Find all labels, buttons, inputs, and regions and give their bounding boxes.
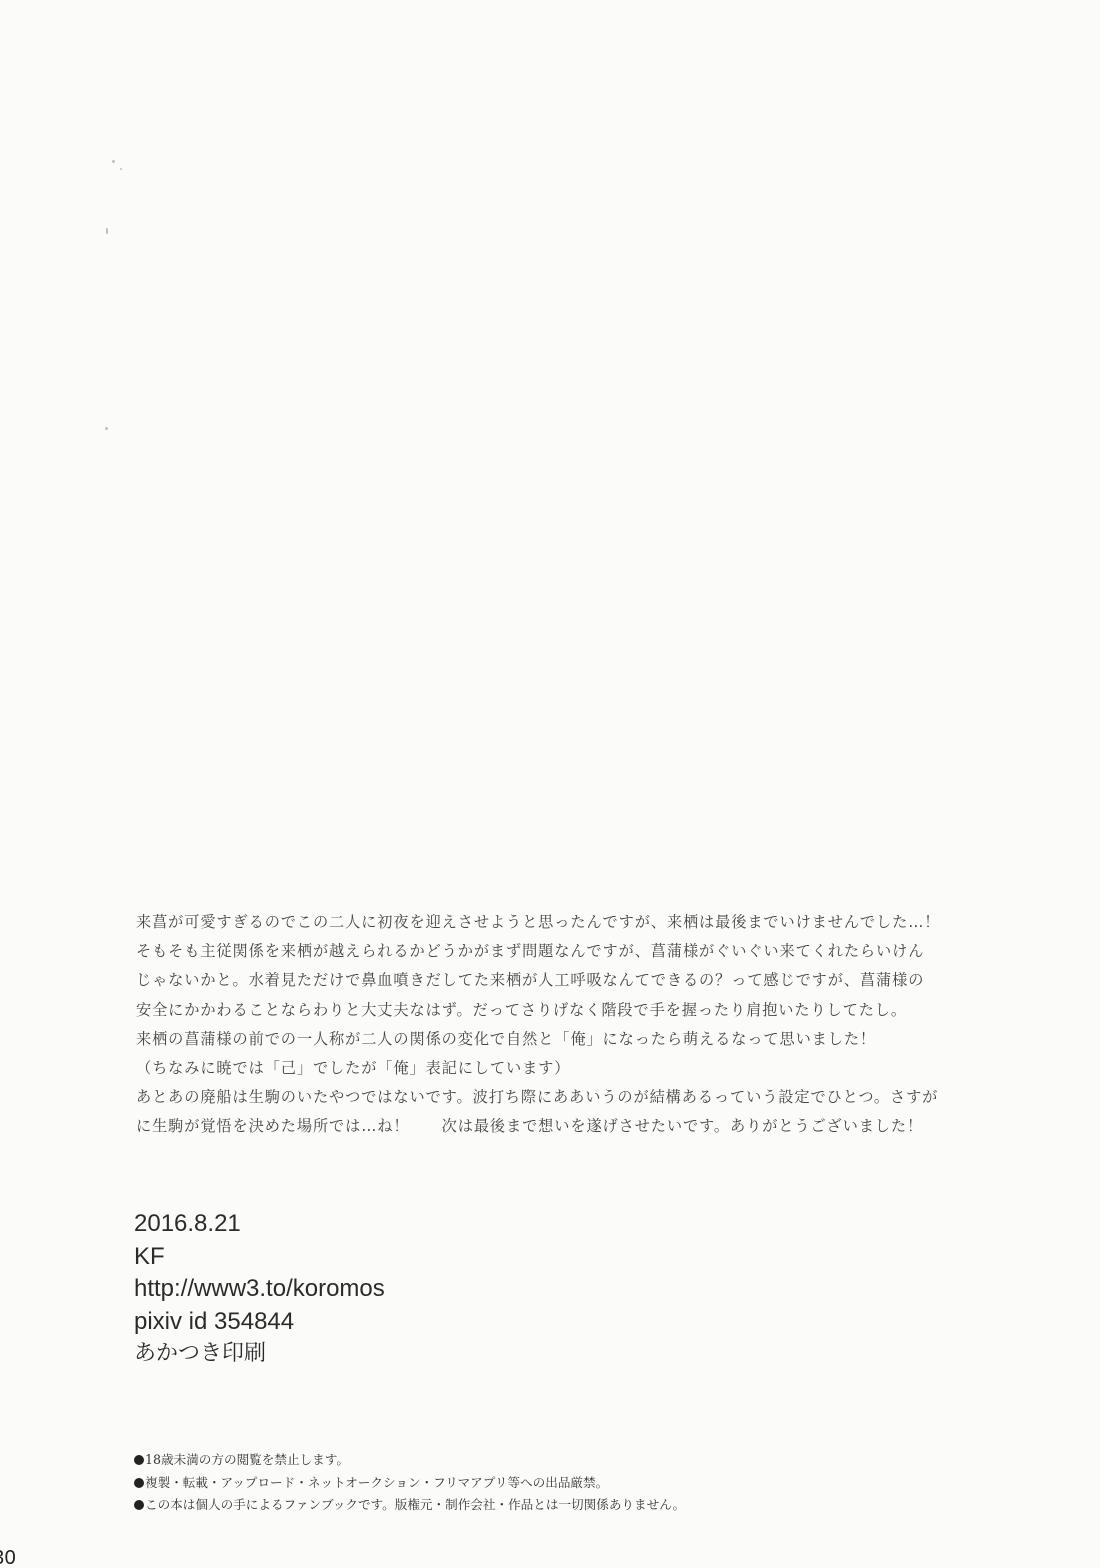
- website-url: http://www3.to/koromos: [134, 1273, 385, 1306]
- circle-name: KF: [134, 1241, 385, 1274]
- notice-text: 18歳未満の方の閲覧を禁止します。: [145, 1449, 349, 1472]
- scan-speck: [105, 427, 108, 430]
- afterword-line: 安全にかかわることならわりと大丈夫なはず。だってさりげなく階段で手を握ったり肩抱…: [136, 996, 936, 1025]
- colophon: 2016.8.21 KF http://www3.to/koromos pixi…: [134, 1208, 385, 1371]
- afterword-line: （ちなみに暁では「己」でしたが「俺」表記にしています）: [136, 1054, 936, 1083]
- notice-text: 複製・転載・アップロード・ネットオークション・フリマアプリ等への出品厳禁。: [145, 1472, 608, 1495]
- afterword-line: そもそも主従関係を来栖が越えられるかどうかがまず問題なんですが、菖蒲様がぐいぐい…: [136, 937, 936, 966]
- notice-age-restriction: 18歳未満の方の閲覧を禁止します。: [134, 1449, 685, 1472]
- scan-speck: [106, 228, 108, 234]
- notice-fanbook-disclaimer: この本は個人の手によるファンブックです。版権元・制作会社・作品とは一切関係ありま…: [134, 1494, 685, 1517]
- scan-speck: [120, 168, 122, 170]
- bullet-icon: [134, 1478, 144, 1488]
- pixiv-id: pixiv id 354844: [134, 1306, 385, 1339]
- afterword-line: 来栖の菖蒲様の前での一人称が二人の関係の変化で自然と「俺」になったら萌えるなって…: [136, 1025, 936, 1054]
- publication-date: 2016.8.21: [134, 1208, 385, 1241]
- bullet-icon: [134, 1500, 144, 1510]
- notice-text: この本は個人の手によるファンブックです。版権元・制作会社・作品とは一切関係ありま…: [145, 1494, 685, 1517]
- afterword-line: あとあの廃船は生駒のいたやつではないです。波打ち際にああいうのが結構あるっていう…: [136, 1083, 936, 1112]
- page-number: 30: [0, 1547, 16, 1568]
- afterword-line: に生駒が覚悟を決めた場所では…ね！ 次は最後まで想いを遂げさせたいです。ありがと…: [136, 1112, 936, 1141]
- scan-speck: [112, 160, 115, 163]
- bullet-icon: [134, 1455, 144, 1465]
- notice-no-reproduction: 複製・転載・アップロード・ネットオークション・フリマアプリ等への出品厳禁。: [134, 1472, 685, 1495]
- afterword-line: じゃないかと。水着見ただけで鼻血噴きだしてた来栖が人工呼吸なんてできるの？って感…: [136, 966, 936, 995]
- legal-notices: 18歳未満の方の閲覧を禁止します。 複製・転載・アップロード・ネットオークション…: [134, 1449, 685, 1517]
- printer-name: あかつき印刷: [134, 1338, 385, 1371]
- afterword-line: 来菖が可愛すぎるのでこの二人に初夜を迎えさせようと思ったんですが、来栖は最後まで…: [136, 908, 936, 937]
- afterword-text: 来菖が可愛すぎるのでこの二人に初夜を迎えさせようと思ったんですが、来栖は最後まで…: [136, 908, 936, 1142]
